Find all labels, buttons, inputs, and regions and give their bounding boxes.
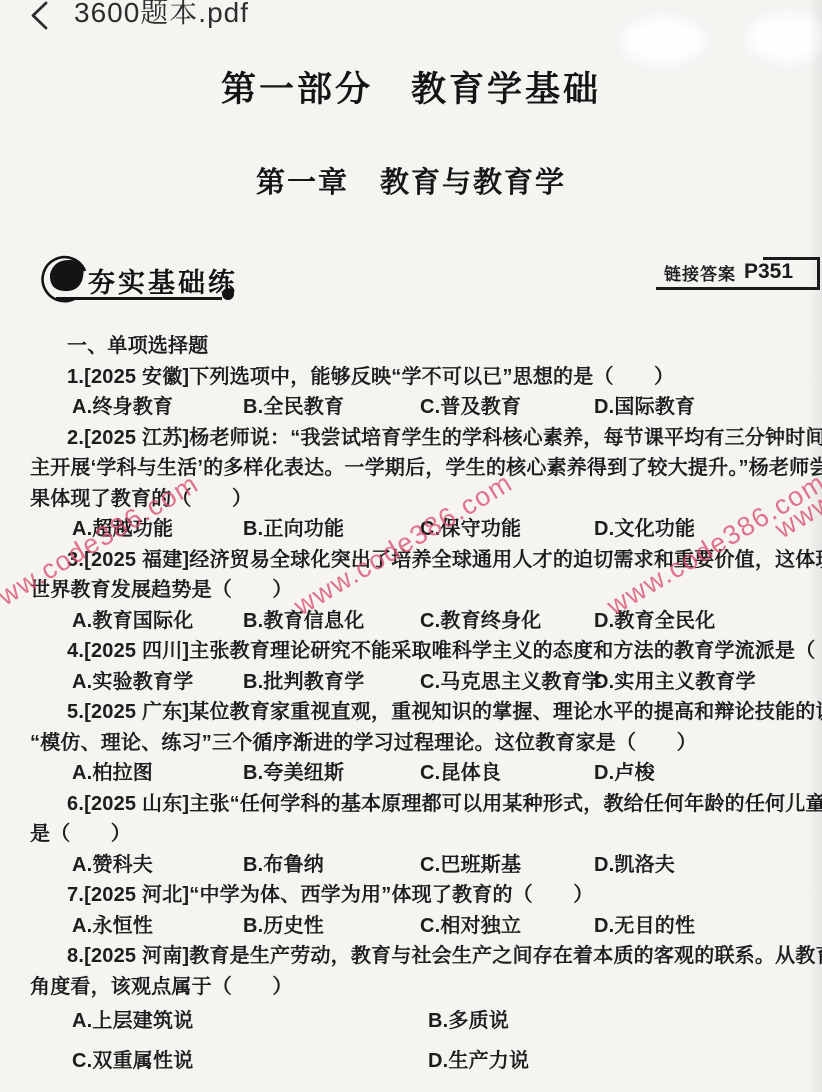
- option-item: B.全民教育: [243, 392, 420, 423]
- option-item: B.历史性: [243, 911, 420, 942]
- option-item: C.马克思主义教育学: [420, 667, 594, 698]
- question-line: 3.[2025 福建]经济贸易全球化突出了培养全球通用人才的迫切需求和重要价值，…: [30, 545, 796, 576]
- option-item: B.多质说: [428, 1002, 796, 1042]
- options-row: A.超越功能B.正向功能C.保守功能D.文化功能: [30, 514, 796, 545]
- top-bar: 3600题本.pdf: [0, 0, 822, 36]
- chapter-title: 第一章 教育与教育学: [0, 160, 822, 201]
- question-type-header: 一、单项选择题: [30, 331, 796, 362]
- question-block: 4.[2025 四川]主张教育理论研究不能采取唯科学主义的态度和方法的教育学流派…: [30, 636, 796, 697]
- option-item: B.教育信息化: [243, 606, 420, 637]
- option-item: C.教育终身化: [420, 606, 594, 637]
- option-item: A.柏拉图: [72, 758, 243, 789]
- answer-reference-badge: 链接答案 P351: [656, 257, 820, 290]
- question-line: 主开展‘学科与生活’的多样化表达。一学期后，学生的核心素养得到了较大提升。”杨老…: [30, 453, 796, 484]
- question-line: 是（ ）: [30, 819, 796, 850]
- option-item: C.相对独立: [420, 911, 594, 942]
- option-item: B.夸美纽斯: [243, 758, 420, 789]
- question-line: 世界教育发展趋势是（ ）: [30, 575, 796, 606]
- options-row: A.教育国际化B.教育信息化C.教育终身化D.教育全民化: [30, 606, 796, 637]
- options-row: A.永恒性B.历史性C.相对独立D.无目的性: [30, 911, 796, 942]
- page-edge-shadow: [808, 0, 822, 1092]
- option-item: A.实验教育学: [72, 667, 243, 698]
- question-line: 果体现了教育的（ ）: [30, 484, 796, 515]
- question-line: 7.[2025 河北]“中学为体、西学为用”体现了教育的（ ）: [30, 880, 796, 911]
- answer-ref-label: 链接答案: [664, 260, 736, 285]
- question-line: 4.[2025 四川]主张教育理论研究不能采取唯科学主义的态度和方法的教育学流派…: [30, 636, 796, 667]
- question-line: 8.[2025 河南]教育是生产劳动，教育与社会生产之间存在着本质的客观的联系。…: [30, 941, 796, 972]
- option-item: B.批判教育学: [243, 667, 420, 698]
- answer-ref-page: P351: [744, 260, 793, 284]
- option-item: C.普及教育: [420, 392, 594, 423]
- option-item: D.教育全民化: [594, 606, 796, 637]
- question-block: 3.[2025 福建]经济贸易全球化突出了培养全球通用人才的迫切需求和重要价值，…: [30, 545, 796, 637]
- options-row: A.实验教育学B.批判教育学C.马克思主义教育学D.实用主义教育学: [30, 667, 796, 698]
- question-block: 5.[2025 广东]某位教育家重视直观，重视知识的掌握、理论水平的提高和辩论技…: [30, 697, 796, 789]
- question-line: 5.[2025 广东]某位教育家重视直观，重视知识的掌握、理论水平的提高和辩论技…: [30, 697, 796, 728]
- option-item: C.昆体良: [420, 758, 594, 789]
- chevron-left-icon: [28, 0, 52, 32]
- pdf-viewer-screen: 3600题本.pdf 第一部分 教育学基础 第一章 教育与教育学 夯实基础练 链…: [0, 0, 822, 1092]
- option-item: A.超越功能: [72, 514, 243, 545]
- option-item: D.文化功能: [594, 514, 796, 545]
- document-title: 3600题本.pdf: [74, 0, 249, 31]
- section-bullet-icon: [37, 250, 91, 311]
- question-line: “模仿、理论、练习”三个循序渐进的学习过程理论。这位教育家是（ ）: [30, 728, 796, 759]
- option-item: B.正向功能: [243, 514, 420, 545]
- option-item: D.凯洛夫: [594, 850, 796, 881]
- question-line: 6.[2025 山东]主张“任何学科的基本原理都可以用某种形式，教给任何年龄的任…: [30, 789, 796, 820]
- section-title: 夯实基础练: [88, 261, 238, 300]
- question-block: 8.[2025 河南]教育是生产劳动，教育与社会生产之间存在着本质的客观的联系。…: [30, 941, 796, 1081]
- option-item: C.巴班斯基: [420, 850, 594, 881]
- option-item: D.卢梭: [594, 758, 796, 789]
- option-item: A.永恒性: [72, 911, 243, 942]
- question-line: 2.[2025 江苏]杨老师说：“我尝试培育学生的学科核心素养，每节课平均有三分…: [30, 423, 796, 454]
- question-block: 1.[2025 安徽]下列选项中，能够反映“学不可以已”思想的是（ ）A.终身教…: [30, 362, 796, 423]
- question-line: 1.[2025 安徽]下列选项中，能够反映“学不可以已”思想的是（ ）: [30, 362, 796, 393]
- option-item: A.赞科夫: [72, 850, 243, 881]
- option-item: A.教育国际化: [72, 606, 243, 637]
- questions-container: 1.[2025 安徽]下列选项中，能够反映“学不可以已”思想的是（ ）A.终身教…: [30, 362, 796, 1082]
- option-item: C.保守功能: [420, 514, 594, 545]
- options-row: A.终身教育B.全民教育C.普及教育D.国际教育: [30, 392, 796, 423]
- option-item: A.上层建筑说: [72, 1002, 428, 1042]
- question-line: 角度看，该观点属于（ ）: [30, 972, 796, 1003]
- option-item: D.无目的性: [594, 911, 796, 942]
- options-row: A.柏拉图B.夸美纽斯C.昆体良D.卢梭: [30, 758, 796, 789]
- section-underline-dot: [222, 288, 234, 300]
- options-row: A.赞科夫B.布鲁纳C.巴班斯基D.凯洛夫: [30, 850, 796, 881]
- option-item: C.双重属性说: [72, 1042, 428, 1082]
- option-item: D.国际教育: [594, 392, 796, 423]
- section-underline: [56, 297, 222, 300]
- question-block: 2.[2025 江苏]杨老师说：“我尝试培育学生的学科核心素养，每节课平均有三分…: [30, 423, 796, 545]
- back-button[interactable]: [28, 0, 52, 32]
- question-block: 7.[2025 河北]“中学为体、西学为用”体现了教育的（ ）A.永恒性B.历史…: [30, 880, 796, 941]
- part-title: 第一部分 教育学基础: [0, 62, 822, 112]
- options-row: A.上层建筑说B.多质说C.双重属性说D.生产力说: [30, 1002, 796, 1081]
- option-item: D.实用主义教育学: [594, 667, 796, 698]
- option-item: B.布鲁纳: [243, 850, 420, 881]
- option-item: D.生产力说: [428, 1042, 796, 1082]
- option-item: A.终身教育: [72, 392, 243, 423]
- question-list: 一、单项选择题 1.[2025 安徽]下列选项中，能够反映“学不可以已”思想的是…: [0, 331, 822, 1081]
- question-block: 6.[2025 山东]主张“任何学科的基本原理都可以用某种形式，教给任何年龄的任…: [30, 789, 796, 881]
